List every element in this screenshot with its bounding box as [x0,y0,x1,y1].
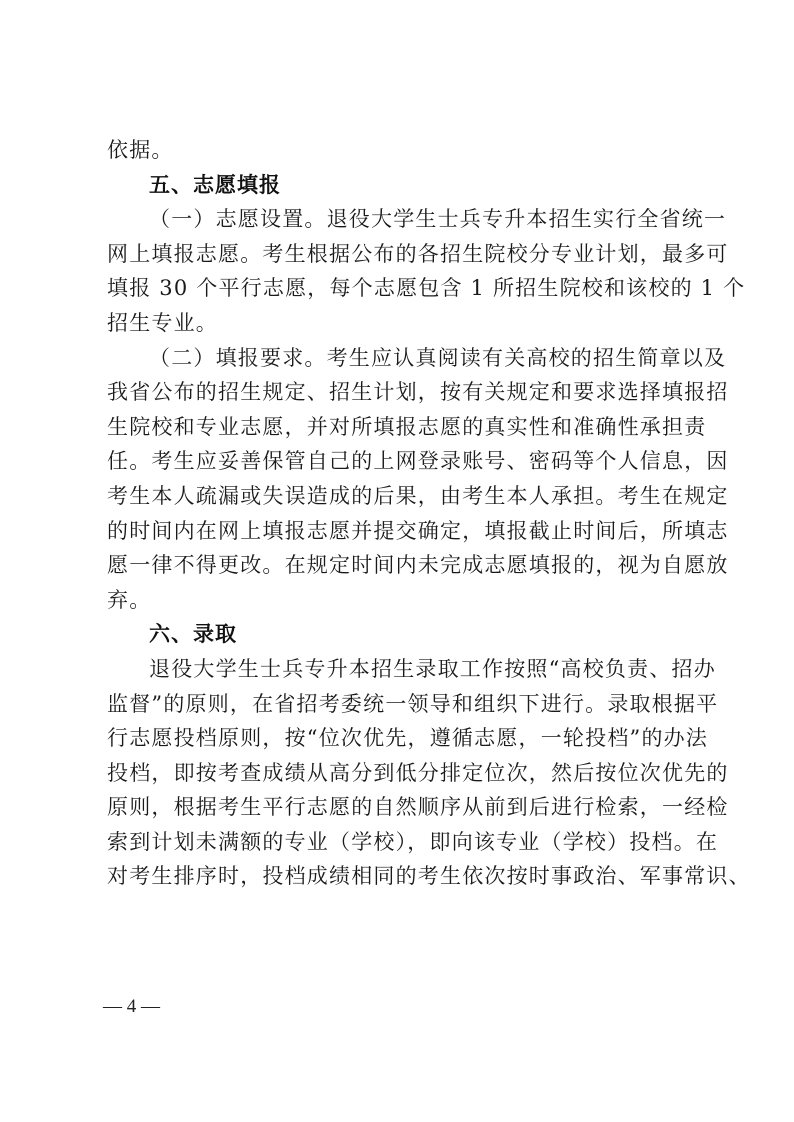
text-line: 监督”的原则，在省招考委统一领导和组织下进行。录取根据平 [107,687,695,722]
text-line: （二）填报要求。考生应认真阅读有关高校的招生简章以及 [107,341,695,376]
text-line: 填报 30 个平行志愿，每个志愿包含 1 所招生院校和该校的 1 个 [107,271,695,306]
text-line: 招生专业。 [107,306,695,341]
document-page: 依据。 五、志愿填报 （一）志愿设置。退役大学生士兵专升本招生实行全省统一 网上… [0,0,794,1122]
paragraph-filling-requirements: （二）填报要求。考生应认真阅读有关高校的招生简章以及 我省公布的招生规定、招生计… [107,341,695,618]
document-body: 依据。 五、志愿填报 （一）志愿设置。退役大学生士兵专升本招生实行全省统一 网上… [107,133,695,894]
text-line: 弃。 [107,583,695,618]
text-line: 任。考生应妥善保管自己的上网登录账号、密码等个人信息，因 [107,444,695,479]
text-line: 索到计划未满额的专业（学校），即向该专业（学校）投档。在 [107,825,695,860]
section-heading-5: 五、志愿填报 [107,168,695,203]
text-line: （一）志愿设置。退役大学生士兵专升本招生实行全省统一 [107,202,695,237]
text-line: 投档，即按考查成绩从高分到低分排定位次，然后按位次优先的 [107,756,695,791]
paragraph-admission: 退役大学生士兵专升本招生录取工作按照“高校负责、招办 监督”的原则，在省招考委统… [107,652,695,894]
text-line: 原则，根据考生平行志愿的自然顺序从前到后进行检索，一经检 [107,790,695,825]
text-line: 行志愿投档原则，按“位次优先，遵循志愿，一轮投档”的办法 [107,721,695,756]
text-line: 网上填报志愿。考生根据公布的各招生院校分专业计划，最多可 [107,237,695,272]
text-line: 生院校和专业志愿，并对所填报志愿的真实性和准确性承担责 [107,410,695,445]
section-heading-6: 六、录取 [107,617,695,652]
text-line: 考生本人疏漏或失误造成的后果，由考生本人承担。考生在规定 [107,479,695,514]
text-line: 的时间内在网上填报志愿并提交确定，填报截止时间后，所填志 [107,514,695,549]
paragraph-volunteer-setting: （一）志愿设置。退役大学生士兵专升本招生实行全省统一 网上填报志愿。考生根据公布… [107,202,695,340]
page-number: — 4 — [103,996,160,1018]
text-line: 我省公布的招生规定、招生计划，按有关规定和要求选择填报招 [107,375,695,410]
text-line: 退役大学生士兵专升本招生录取工作按照“高校负责、招办 [107,652,695,687]
text-line: 愿一律不得更改。在规定时间内未完成志愿填报的，视为自愿放 [107,548,695,583]
text-line: 依据。 [107,133,695,168]
text-line: 对考生排序时，投档成绩相同的考生依次按时事政治、军事常识、 [107,859,695,894]
